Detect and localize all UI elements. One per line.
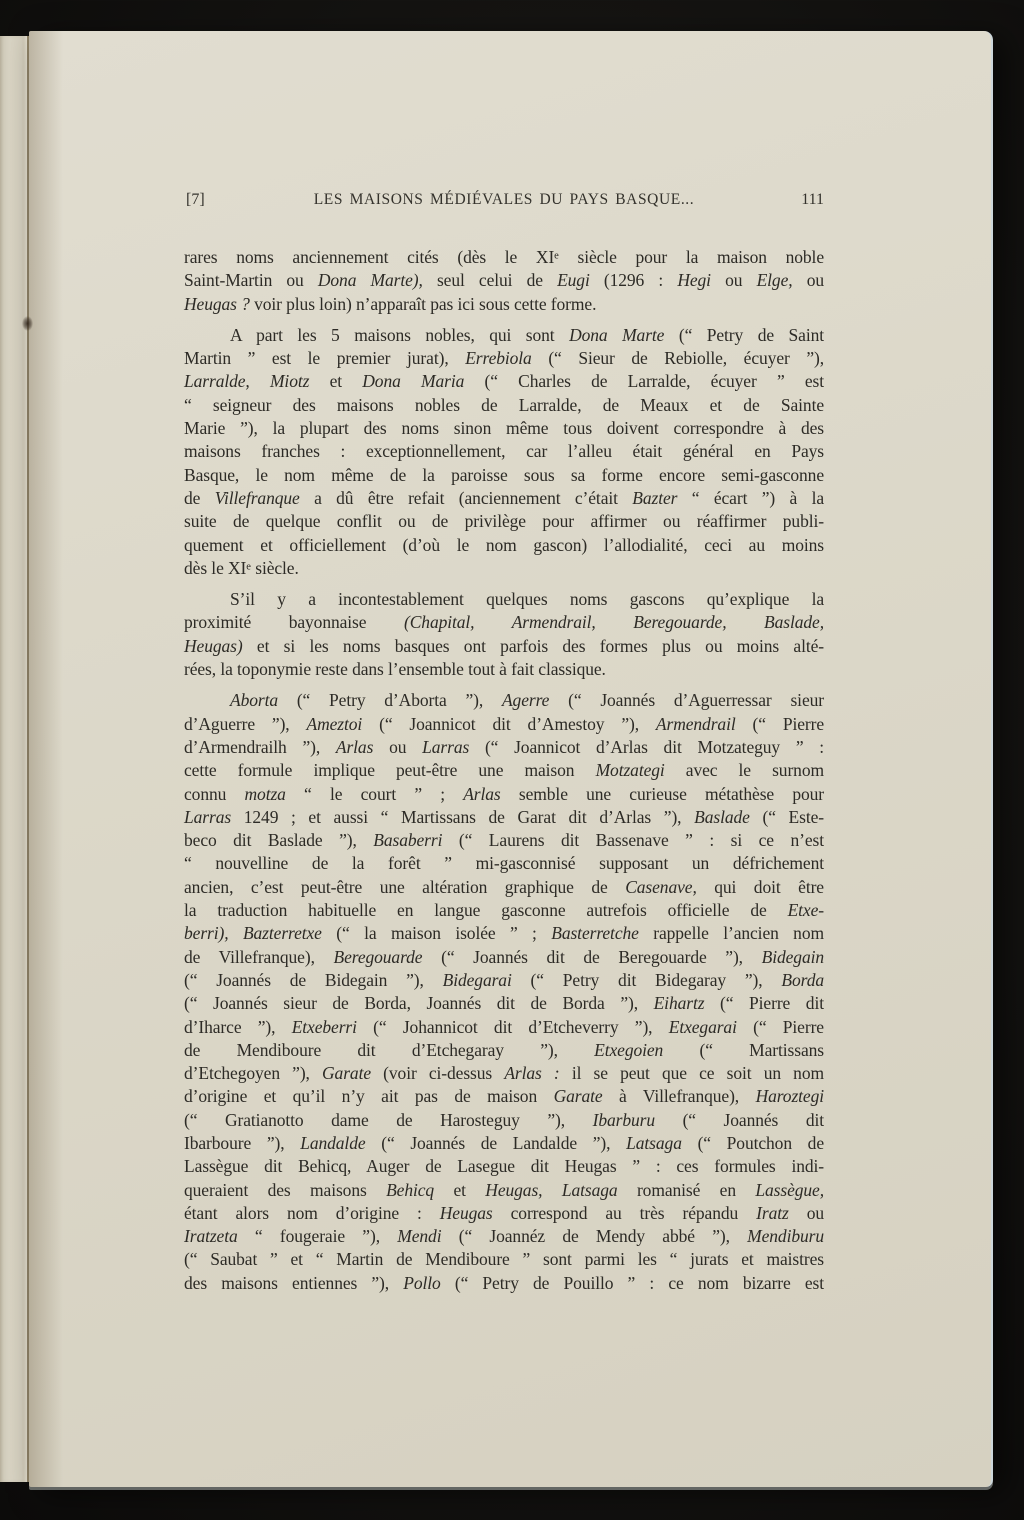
text-line: d’Aguerre ”), Ameztoi (“ Joannicot dit d…	[184, 713, 824, 736]
text-line: Heugas ? voir plus loin) n’apparaît pas …	[184, 293, 824, 316]
text-line: Marie ”), la plupart des noms sinon même…	[184, 417, 824, 440]
text-line: A part les 5 maisons nobles, qui sont Do…	[184, 324, 824, 347]
text-line: connu motza “ le court ” ; Arlas semble …	[184, 783, 824, 806]
text-line: ancien, c’est peut-être une altération g…	[184, 876, 824, 899]
text-line: rées, la toponymie reste dans l’ensemble…	[184, 658, 824, 681]
text-line: rares noms anciennement cités (dès le XI…	[184, 246, 824, 269]
text-line: Larras 1249 ; et aussi “ Martissans de G…	[184, 806, 824, 829]
text-line: (“ Saubat ” et “ Martin de Mendiboure ” …	[184, 1248, 824, 1271]
text-line: Basque, le nom même de la paroisse sous …	[184, 464, 824, 487]
ink-spot	[22, 316, 33, 331]
page-header: [7] LES MAISONS MÉDIÉVALES DU PAYS BASQU…	[184, 191, 824, 213]
text-line: Iratzeta “ fougeraie ”), Mendi (“ Joanné…	[184, 1225, 824, 1248]
text-line: Larralde, Miotz et Dona Maria (“ Charles…	[184, 370, 824, 393]
paragraph: S’il y a incontestablement quelques noms…	[184, 588, 824, 681]
paragraph: rares noms anciennement cités (dès le XI…	[184, 246, 824, 316]
text-line: suite de quelque conflit ou de privilège…	[184, 510, 824, 533]
book-gutter-page-edges	[0, 36, 29, 1482]
text-line: étant alors nom d’origine : Heugas corre…	[184, 1202, 824, 1225]
gutter-shadow	[29, 31, 63, 1487]
text-line: “ nouvelline de la forêt ” mi-gasconnisé…	[184, 852, 824, 875]
text-line: maisons franches : exceptionnellement, c…	[184, 440, 824, 463]
text-line: (“ Joannés de Bidegain ”), Bidegarai (“ …	[184, 969, 824, 992]
text-line: Aborta (“ Petry d’Aborta ”), Agerre (“ J…	[184, 689, 824, 712]
book-page: [7] LES MAISONS MÉDIÉVALES DU PAYS BASQU…	[29, 31, 993, 1487]
text-line: d’origine et qu’il n’y ait pas de maison…	[184, 1085, 824, 1108]
text-line: d’Etchegoyen ”), Garate (voir ci-dessus …	[184, 1062, 824, 1085]
text-line: de Villefranque a dû être refait (ancien…	[184, 487, 824, 510]
page-number: 111	[801, 191, 824, 209]
text-line: beco dit Baslade ”), Basaberri (“ Lauren…	[184, 829, 824, 852]
text-line: de Villefranque), Beregouarde (“ Joannés…	[184, 946, 824, 969]
paragraph: Aborta (“ Petry d’Aborta ”), Agerre (“ J…	[184, 689, 824, 1295]
text-line: la traduction habituelle en langue gasco…	[184, 899, 824, 922]
text-line: S’il y a incontestablement quelques noms…	[184, 588, 824, 611]
text-line: (“ Gratianotto dame de Harosteguy ”), Ib…	[184, 1109, 824, 1132]
text-line: berri), Bazterretxe (“ la maison isolée …	[184, 922, 824, 945]
text-line: de Mendiboure dit d’Etchegaray ”), Etxeg…	[184, 1039, 824, 1062]
text-line: dès le XIe siècle.	[184, 557, 824, 580]
text-line: queraient des maisons Behicq et Heugas, …	[184, 1179, 824, 1202]
text-line: Ibarboure ”), Landalde (“ Joannés de Lan…	[184, 1132, 824, 1155]
text-line: Heugas) et si les noms basques ont parfo…	[184, 635, 824, 658]
text-line: quement et officiellement (d’où le nom g…	[184, 534, 824, 557]
text-line: Saint-Martin ou Dona Marte), seul celui …	[184, 269, 824, 292]
text-line: proximité bayonnaise (Chapital, Armendra…	[184, 611, 824, 634]
text-line: Lassègue dit Behicq, Auger de Lasegue di…	[184, 1155, 824, 1178]
scanned-book-photo: [7] LES MAISONS MÉDIÉVALES DU PAYS BASQU…	[0, 0, 1024, 1520]
text-line: d’Iharce ”), Etxeberri (“ Johannicot dit…	[184, 1016, 824, 1039]
text-line: cette formule implique peut-être une mai…	[184, 759, 824, 782]
running-title: LES MAISONS MÉDIÉVALES DU PAYS BASQUE...	[184, 191, 824, 209]
text-line: Martin ” est le premier jurat), Errebiol…	[184, 347, 824, 370]
text-line: des maisons entiennes ”), Pollo (“ Petry…	[184, 1272, 824, 1295]
text-line: “ seigneur des maisons nobles de Larrald…	[184, 394, 824, 417]
text-line: (“ Joannés sieur de Borda, Joannés dit d…	[184, 992, 824, 1015]
page-body: rares noms anciennement cités (dès le XI…	[184, 246, 824, 1295]
text-line: d’Armendrailh ”), Arlas ou Larras (“ Joa…	[184, 736, 824, 759]
paragraph: A part les 5 maisons nobles, qui sont Do…	[184, 324, 824, 580]
